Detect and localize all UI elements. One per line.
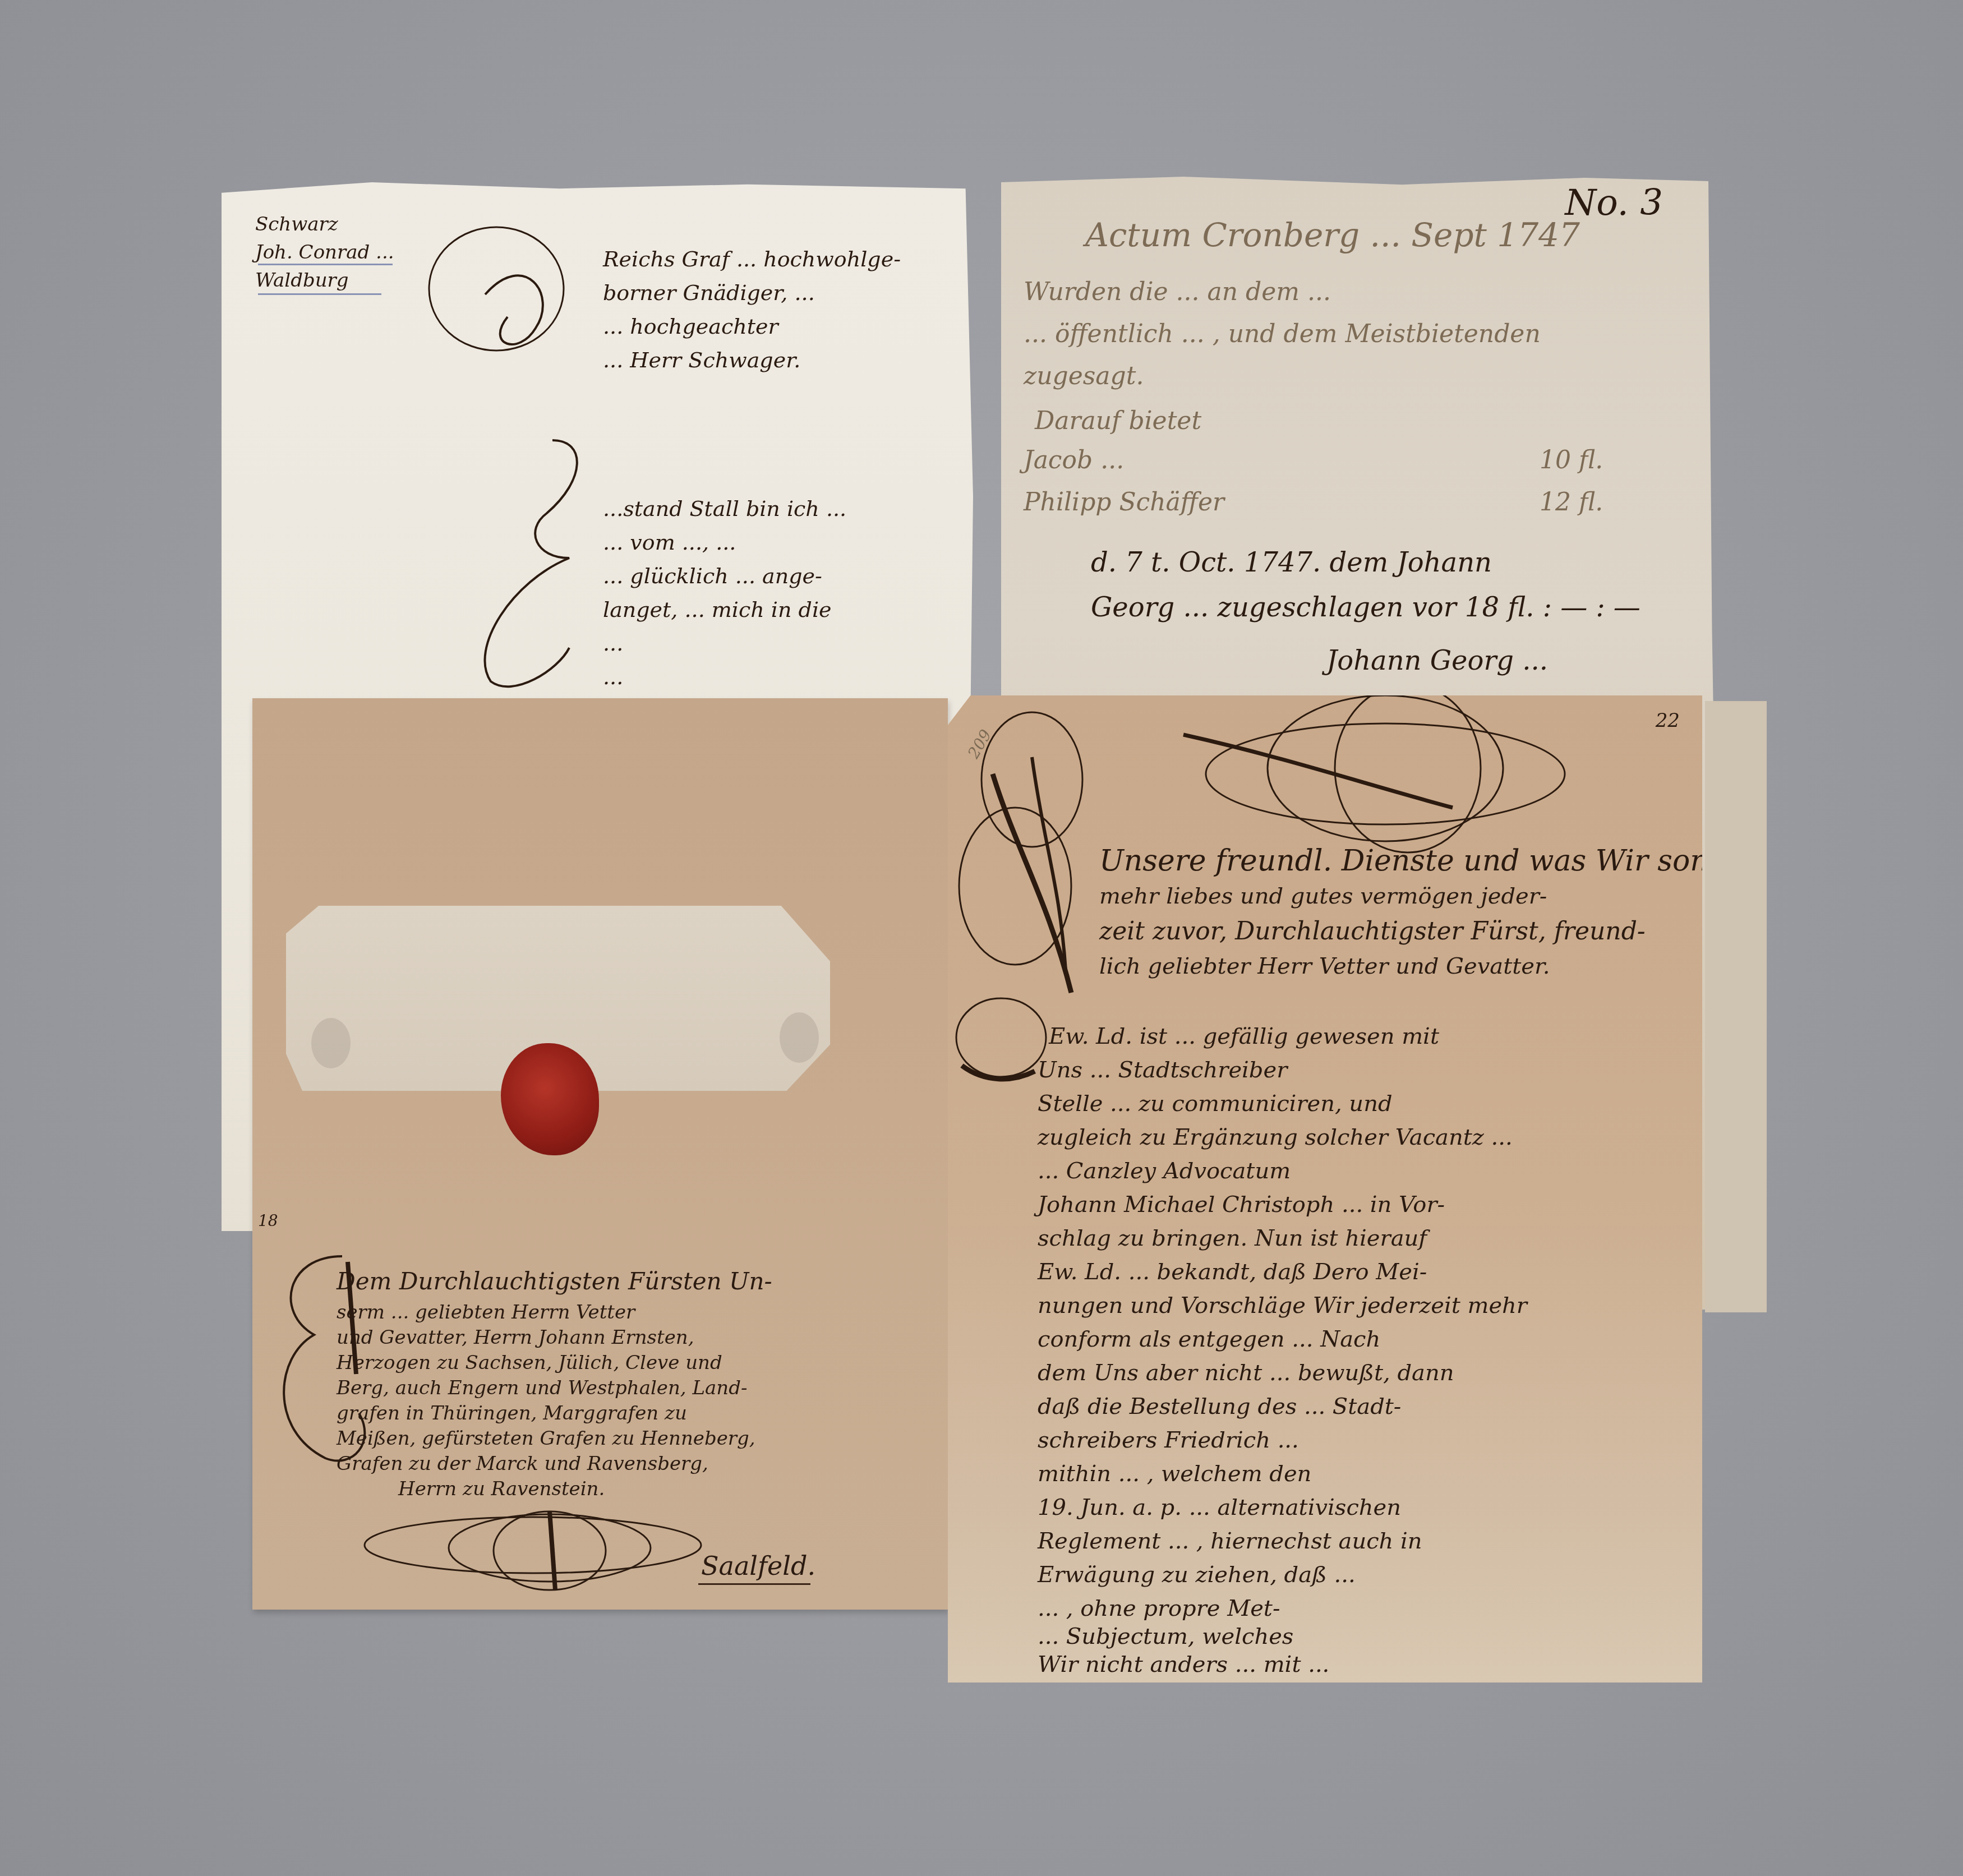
body-line: Uns ... Stadtschreiber — [1038, 1057, 1287, 1083]
letter-line: ... — [603, 665, 623, 689]
body-line: nungen und Vorschläge Wir jederzeit mehr — [1038, 1293, 1527, 1319]
brown-letter-right: 22 209 Unsere freundl. Dienste und was W… — [948, 695, 1702, 1683]
body-line: daß die Bestellung des ... Stadt- — [1038, 1394, 1401, 1419]
signature-underline — [698, 1583, 810, 1585]
address-line: Berg, auch Engern und Westphalen, Land- — [337, 1377, 747, 1399]
stain — [780, 1012, 819, 1063]
letter-line: ... glücklich ... ange- — [603, 564, 822, 588]
body-line: schlag zu bringen. Nun ist hierauf — [1038, 1225, 1427, 1251]
address-line: Herrn zu Ravenstein. — [398, 1478, 605, 1500]
document-line: zugesagt. — [1024, 362, 1144, 390]
body-line: mithin ... , welchem den — [1038, 1461, 1311, 1487]
signature: Saalfeld. — [701, 1551, 815, 1581]
document-line: ... öffentlich ... , und dem Meistbieten… — [1024, 320, 1541, 348]
entry-name: Philipp Schäffer — [1024, 488, 1224, 517]
margin-note: Joh. Conrad ... — [255, 241, 394, 264]
margin-note: Schwarz — [255, 213, 338, 236]
letter-line: ... hochgeachter — [603, 314, 778, 339]
address-line: und Gevatter, Herrn Johann Ernsten, — [337, 1326, 694, 1349]
body-line: Wir nicht anders ... mit ... — [1038, 1652, 1329, 1677]
address-line: Meißen, gefürsteten Grafen zu Henneberg, — [337, 1427, 755, 1450]
body-line: schreibers Friedrich ... — [1038, 1427, 1299, 1453]
page-mark: 18 — [258, 1211, 278, 1230]
letter-line: Reichs Graf ... hochwohlge- — [603, 247, 901, 271]
brown-letter-with-seal: 18 Dem Durchlauchtigsten Fürsten Un- ser… — [252, 698, 948, 1610]
aged-document-edge — [1705, 701, 1767, 1312]
greeting-line: mehr liebes und gutes vermögen jeder- — [1099, 883, 1547, 909]
document-line: Wurden die ... an dem ... — [1024, 278, 1331, 306]
entry-name: Jacob ... — [1024, 446, 1124, 474]
address-line: serm ... geliebten Herrn Vetter — [337, 1301, 635, 1324]
letter-line: langet, ... mich in die — [603, 597, 832, 622]
letter-line: ... Herr Schwager. — [603, 348, 800, 372]
body-line: Ew. Ld. ist ... gefällig gewesen mit — [1049, 1024, 1439, 1049]
letter-line: ...stand Stall bin ich ... — [603, 496, 846, 521]
entry-amount: 10 fl. — [1540, 446, 1603, 474]
initial-d-flourish — [457, 435, 625, 704]
note-line: d. 7 t. Oct. 1747. dem Johann — [1091, 547, 1492, 578]
body-line: Stelle ... zu communiciren, und — [1038, 1091, 1393, 1117]
greeting-line: zeit zuvor, Durchlauchtigster Fürst, fre… — [1099, 917, 1646, 946]
body-line: zugleich zu Ergänzung solcher Vacantz ..… — [1038, 1124, 1513, 1150]
body-line: conform als entgegen ... Nach — [1038, 1326, 1380, 1352]
entry-amount: 12 fl. — [1540, 488, 1603, 517]
letter-line: ... vom ..., ... — [603, 530, 736, 555]
blue-underline — [258, 264, 393, 265]
body-line: Johann Michael Christoph ... in Vor- — [1038, 1192, 1445, 1218]
body-line: 19. Jun. a. p. ... alternativischen — [1038, 1495, 1401, 1520]
stain — [311, 1018, 351, 1068]
document-header: Actum Cronberg ... Sept 1747 — [1085, 216, 1580, 254]
body-line: Ew. Ld. ... bekandt, daß Dero Mei- — [1038, 1259, 1427, 1285]
letter-line: borner Gnädiger, ... — [603, 280, 815, 305]
address-line: Herzogen zu Sachsen, Jülich, Cleve und — [337, 1352, 722, 1374]
blue-underline — [258, 293, 381, 295]
page-number: 22 — [1656, 709, 1680, 732]
body-line: Erwägung zu ziehen, daß ... — [1038, 1562, 1356, 1588]
note-line: Georg ... zugeschlagen vor 18 fl. : — : … — [1091, 592, 1641, 623]
address-line: grafen in Thüringen, Marggrafen zu — [337, 1402, 687, 1425]
body-line: ... Canzley Advocatum — [1038, 1158, 1291, 1184]
address-line: Dem Durchlauchtigsten Fürsten Un- — [337, 1267, 772, 1295]
letter-line: ... — [603, 631, 623, 656]
greeting-line: Unsere freundl. Dienste und was Wir sons… — [1099, 844, 1735, 878]
signature: Johann Georg ... — [1326, 645, 1548, 676]
body-line: dem Uns aber nicht ... bewußt, dann — [1038, 1360, 1454, 1386]
margin-note: Waldburg — [255, 269, 349, 292]
body-line: Reglement ... , hiernechst auch in — [1038, 1528, 1422, 1554]
section-label: Darauf bietet — [1035, 407, 1201, 435]
greeting-line: lich geliebter Herr Vetter und Gevatter. — [1099, 953, 1550, 979]
body-line: ... , ohne propre Met- — [1038, 1596, 1280, 1621]
body-line: ... Subjectum, welches — [1038, 1624, 1293, 1649]
address-line: Grafen zu der Marck und Ravensberg, — [337, 1453, 708, 1475]
